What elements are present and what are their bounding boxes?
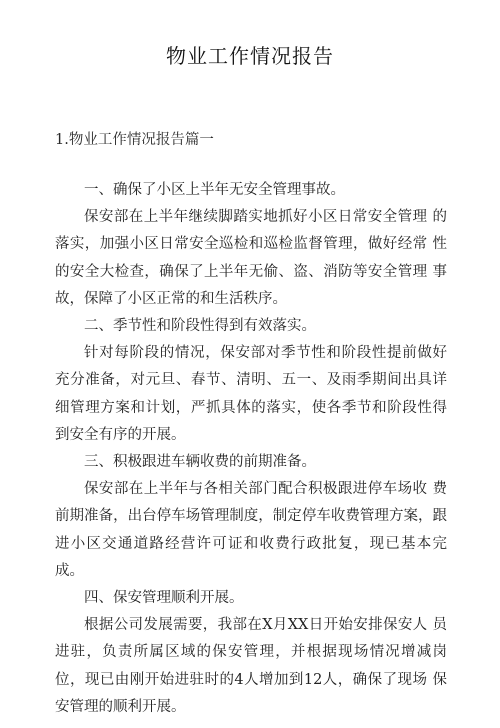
document-title: 物业工作情况报告	[0, 40, 500, 69]
paragraph-2: 针对每阶段的情况，保安部对季节性和阶段性提前做好 充分准备，对元旦、春节、清明、…	[55, 340, 447, 449]
document-page: 物业工作情况报告 1.物业工作情况报告篇一 一、确保了小区上半年无安全管理事故。…	[0, 0, 500, 728]
paragraph-1: 保安部在上半年继续脚踏实地抓好小区日常安全管理 的落实，加强小区日常安全巡检和巡…	[55, 204, 447, 313]
document-body: 一、确保了小区上半年无安全管理事故。 保安部在上半年继续脚踏实地抓好小区日常安全…	[55, 177, 447, 721]
section-heading: 1.物业工作情况报告篇一	[55, 128, 214, 149]
section-heading-4: 四、保安管理顺利开展。	[55, 585, 447, 612]
section-heading-1: 一、确保了小区上半年无安全管理事故。	[55, 177, 447, 204]
paragraph-3: 保安部在上半年与各相关部门配合积极跟进停车场收 费前期准备，出台停车场管理制度，…	[55, 476, 447, 585]
paragraph-4: 根据公司发展需要，我部在X月XX日开始安排保安人 员进驻，负责所属区域的保安管理…	[55, 612, 447, 721]
section-heading-2: 二、季节性和阶段性得到有效落实。	[55, 313, 447, 340]
section-heading-3: 三、积极跟进车辆收费的前期准备。	[55, 449, 447, 476]
